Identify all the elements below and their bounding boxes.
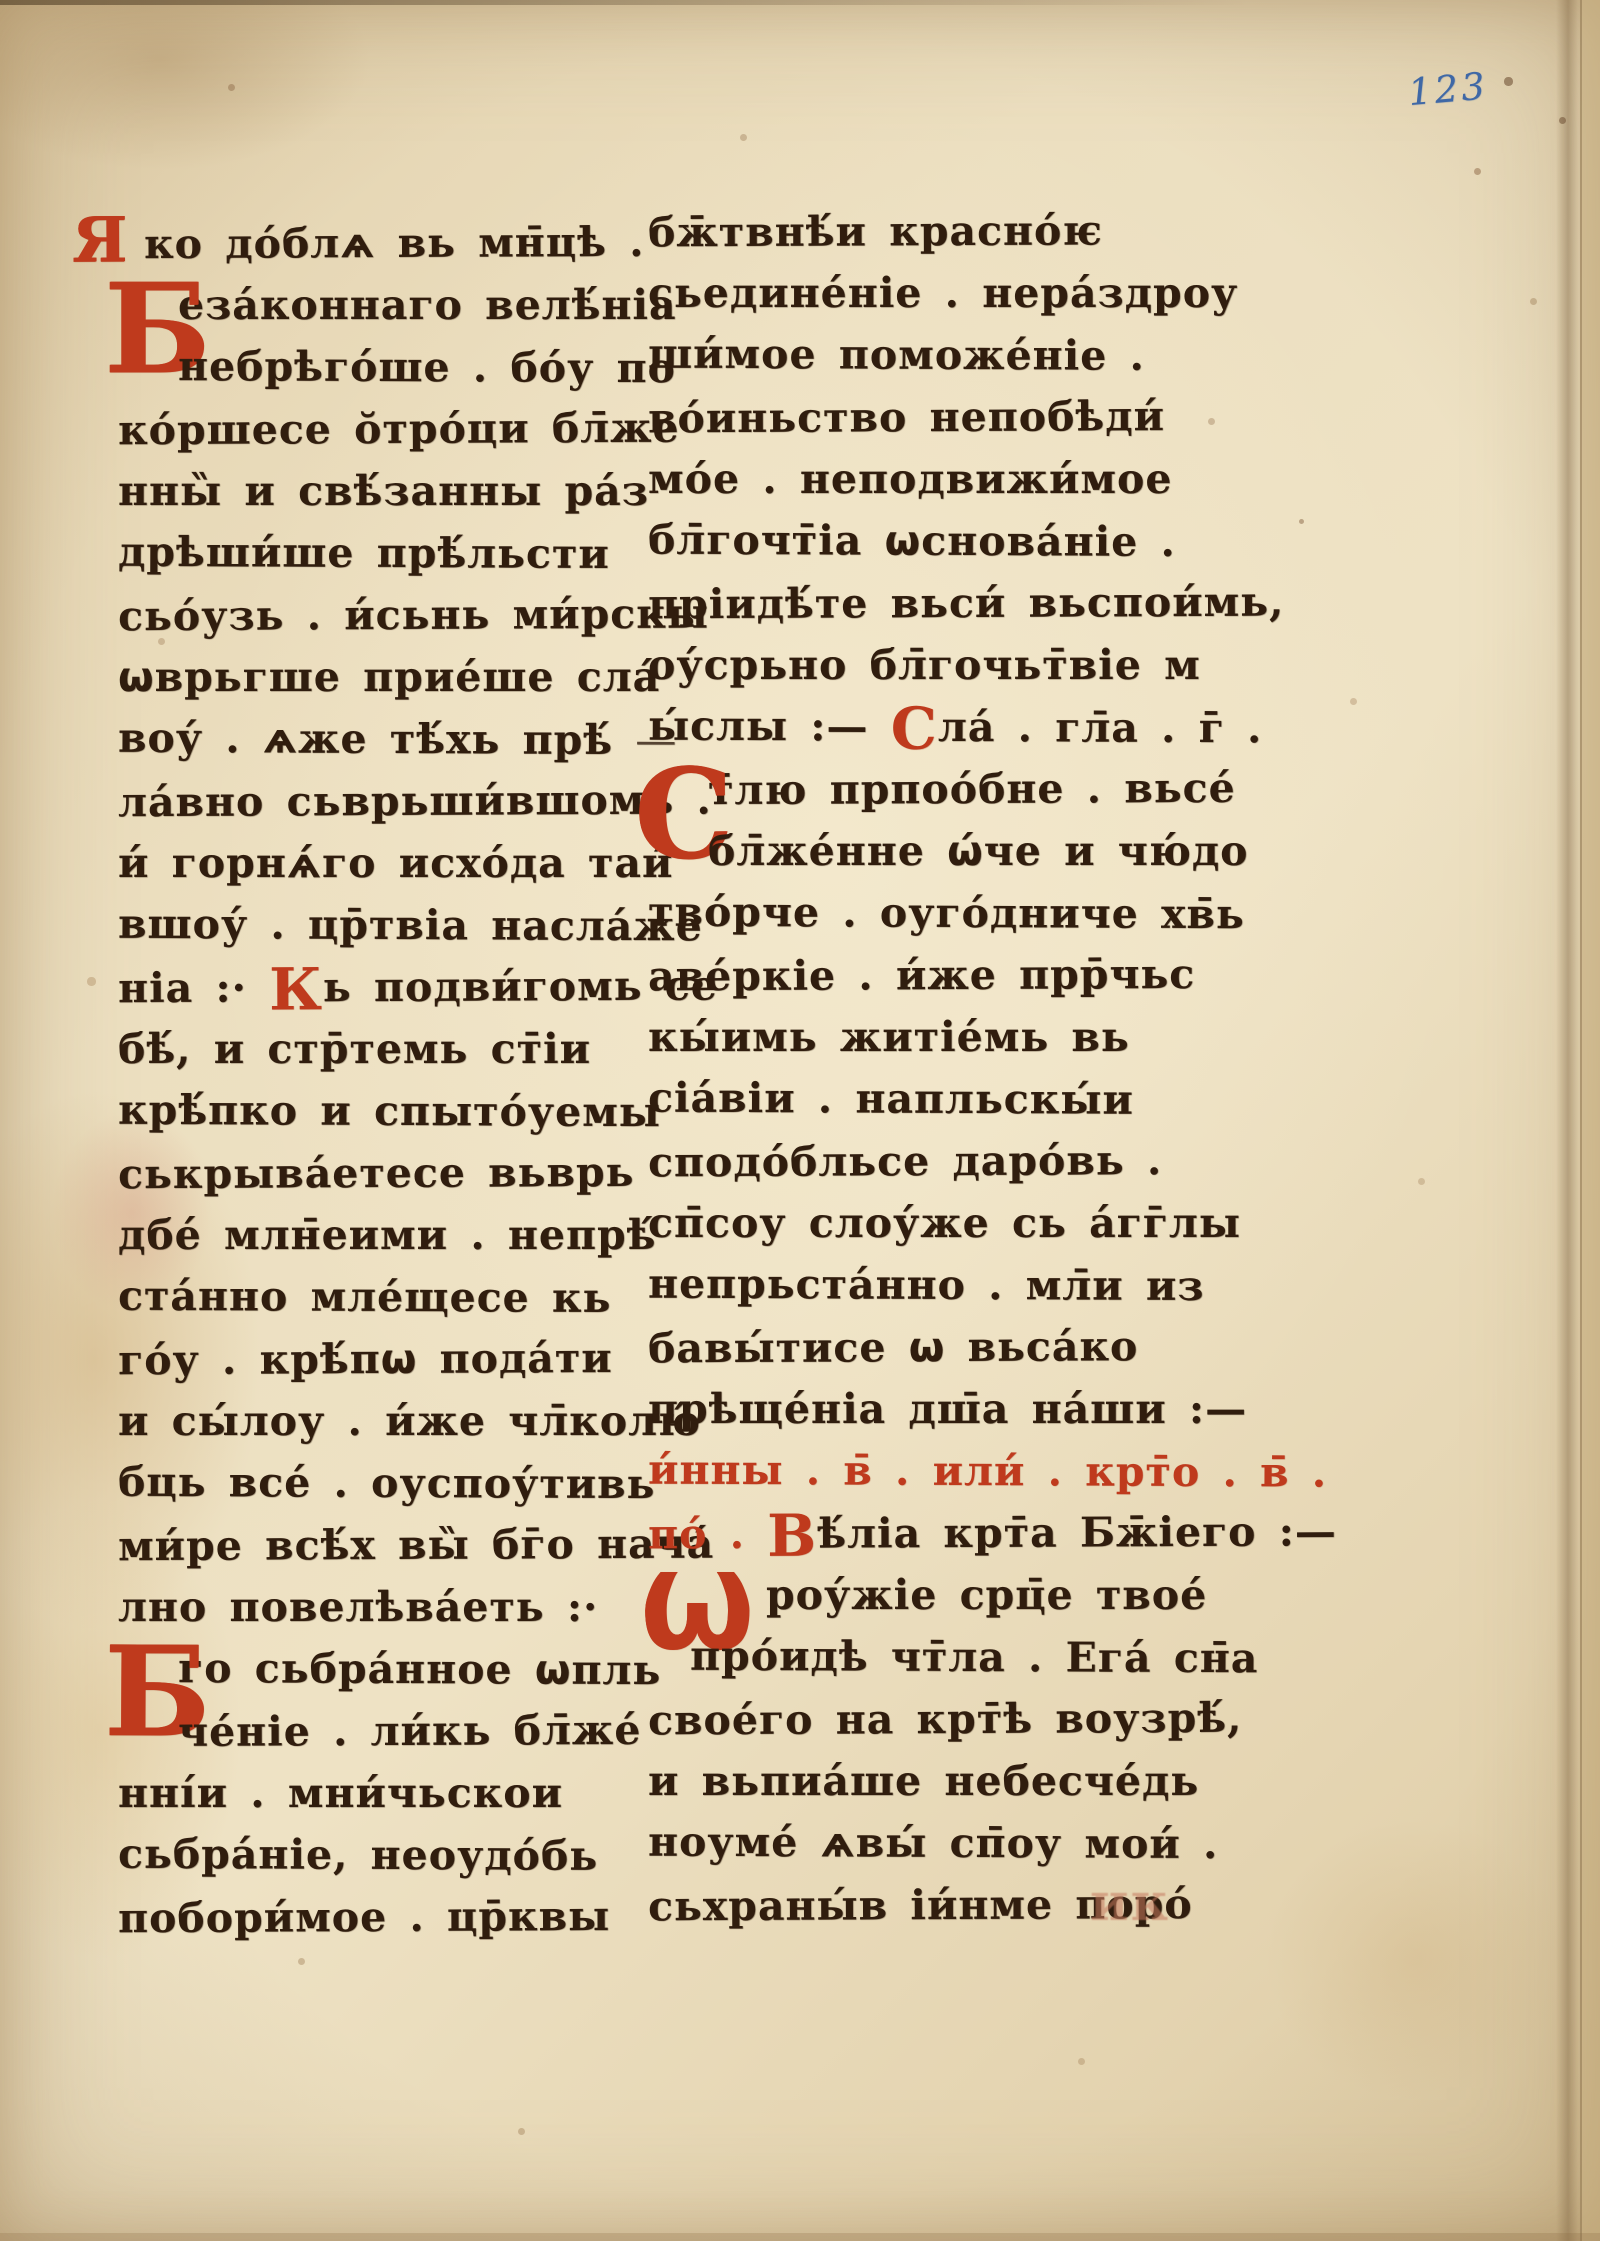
text-line: во́иньство непобѣди́ bbox=[648, 385, 1288, 450]
body-text: ми́ре всѣ́х вы̏ бг̄о нача́ bbox=[118, 1520, 714, 1571]
body-text: прѣще́ніа дш̄а на́ши :— bbox=[648, 1385, 1247, 1433]
body-text: бавы́тисе ѡ вьса́ко bbox=[648, 1322, 1139, 1372]
body-text: оу́срьно бл̄гочьт̄віе м bbox=[648, 641, 1201, 689]
body-text: го́у . крѣ́пѡ пода́ти bbox=[118, 1334, 613, 1384]
body-text: бл̄гочт̄іа ѡснова́ніе . bbox=[648, 516, 1176, 566]
text-line: ськрыва́етесе вьврь bbox=[118, 1141, 666, 1205]
body-text: сіа́віи . напльскы́и bbox=[648, 1074, 1134, 1124]
body-text: небрѣго́ше . бо́у по bbox=[178, 342, 676, 392]
body-text: свое́го на крт̄ѣ воузрѣ́, bbox=[648, 1694, 1242, 1745]
parchment-stain bbox=[0, 0, 370, 170]
body-text: сподо́бльсе даро́вь . bbox=[648, 1136, 1162, 1186]
text-line: про́идѣ чт̄ла . Ега́ сн̄а bbox=[648, 1625, 1288, 1690]
folio-number: 123 bbox=[1406, 61, 1529, 114]
text-line: аве́ркіе . и́же прр̄чьс bbox=[648, 943, 1288, 1008]
text-line: мо́е . неподвижи́мое bbox=[648, 448, 1288, 510]
text-line: и сы́лоу . и́же чл̄колю́ bbox=[118, 1390, 666, 1452]
body-text: во́иньство непобѣди́ bbox=[648, 392, 1165, 442]
text-line: Ѡроу́жіе срц̄е твое́ bbox=[648, 1564, 1288, 1626]
body-text: побори́мое . цр̄квы bbox=[118, 1892, 610, 1942]
body-text: дрѣши́ше прѣ́льсти bbox=[118, 528, 610, 578]
text-line: и вьпиа́ше небесче́дь bbox=[648, 1750, 1288, 1812]
body-text: сьо́узь . и́сьнь ми́рскы bbox=[118, 590, 709, 641]
page-crease bbox=[1556, 0, 1578, 2241]
text-line: крѣ́пко и спыто́уемы bbox=[118, 1079, 666, 1143]
page-edge bbox=[1580, 0, 1600, 2241]
rubric-text: К bbox=[269, 955, 323, 1023]
text-line: ла́вно сьврьши́вшомь . bbox=[118, 769, 666, 833]
body-text: нні́и . мни́чьскои bbox=[118, 1769, 563, 1817]
body-text: и́ горнѧ́го исхо́да таи́ bbox=[118, 839, 673, 887]
text-line: побори́мое . цр̄квы bbox=[118, 1885, 666, 1949]
column-right: бж̄твнѣ́и красно́ѥсьедине́ніе . нера́здр… bbox=[648, 200, 1288, 1936]
text-line: бл̄гочт̄іа ѡснова́ніе . bbox=[648, 509, 1288, 574]
text-line: сьбра́ніе, неоудо́бь bbox=[118, 1823, 666, 1887]
body-text: сьбра́ніе, неоудо́бь bbox=[118, 1830, 598, 1880]
text-line: и́нны . в̄ . или́ . крт̄о . в̄ . bbox=[648, 1439, 1288, 1504]
text-line: ста́нно мле́щесе кь bbox=[118, 1265, 666, 1329]
body-text: и сы́лоу . и́же чл̄колю́ bbox=[118, 1397, 701, 1445]
body-text: ѡврьгше прие́ше сла́ bbox=[118, 653, 660, 701]
body-text: непрьста́нно . мл̄и из bbox=[648, 1260, 1205, 1310]
body-text: ѣ́ліа крт̄а Бж̄іего :— bbox=[817, 1507, 1337, 1557]
body-text: нны̏ и свѣ́занны ра́з bbox=[118, 467, 649, 515]
text-line: го́у . крѣ́пѡ пода́ти bbox=[118, 1327, 666, 1391]
body-text: аве́ркіе . и́же прр̄чьс bbox=[648, 950, 1195, 1000]
body-text: тво́рче . оуго́дниче хв̄ь bbox=[648, 888, 1245, 939]
text-line: оу́срьно бл̄гочьт̄віе м bbox=[648, 634, 1288, 696]
body-text: вшоу́ . цр̄твіа насла́же bbox=[118, 900, 703, 951]
text-line: сьхраны́в іи́нме поро́ bbox=[648, 1873, 1288, 1938]
body-text: т̄лю прпоо́бне . вьсе́ bbox=[708, 764, 1236, 814]
body-text: про́идѣ чт̄ла . Ега́ сн̄а bbox=[690, 1632, 1259, 1682]
text-line: ми́ре всѣ́х вы̏ бг̄о нача́ bbox=[118, 1513, 666, 1577]
body-text: ши́мое поможе́ніе . bbox=[648, 330, 1145, 380]
body-text: ко́ршесе о̆тро́ци бл̄же bbox=[118, 404, 680, 454]
text-line: Ст̄лю прпоо́бне . вьсе́ bbox=[648, 757, 1288, 822]
text-line: бць все́ . оуспоу́тивь bbox=[118, 1451, 666, 1515]
body-text: ла́ . гл̄а . г̄ . bbox=[938, 703, 1263, 752]
text-line: ѡврьгше прие́ше сла́ bbox=[118, 646, 666, 708]
rubric-text: С bbox=[891, 695, 938, 763]
body-text: сп̄соу слоу́же сь а́гг̄лы bbox=[648, 1199, 1241, 1247]
quire-mark: ик bbox=[1090, 1872, 1170, 1933]
body-text: еза́коннаго велѣ́ніа bbox=[178, 281, 677, 329]
page-edge bbox=[0, 0, 1250, 5]
body-text: бл̄же́нне ѡ́че и чю́до bbox=[708, 827, 1249, 875]
text-line: и́ горнѧ́го исхо́да таи́ bbox=[118, 832, 666, 894]
body-text: бць все́ . оуспоу́тивь bbox=[118, 1458, 656, 1508]
text-line: бавы́тисе ѡ вьса́ко bbox=[648, 1315, 1288, 1380]
text-line: дрѣши́ше прѣ́льсти bbox=[118, 521, 666, 585]
text-line: дбе́ млн̄еими . непрѣ́ bbox=[118, 1204, 666, 1266]
text-line: ко́ршесе о̆тро́ци бл̄же bbox=[118, 397, 666, 461]
text-line: небрѣго́ше . бо́у по bbox=[118, 335, 666, 399]
text-line: непрьста́нно . мл̄и из bbox=[648, 1253, 1288, 1318]
body-text: и вьпиа́ше небесче́дь bbox=[648, 1757, 1199, 1805]
text-line: тво́рче . оуго́дниче хв̄ь bbox=[648, 881, 1288, 946]
body-text: пріидѣ́те вьси́ вьспои́мь, bbox=[648, 578, 1285, 629]
body-text: бж̄твнѣ́и красно́ѥ bbox=[648, 206, 1103, 256]
text-line: ы́слы :— Сла́ . гл̄а . г̄ . bbox=[648, 695, 1288, 760]
text-line: сьедине́ніе . нера́здроу bbox=[648, 262, 1288, 324]
body-text: ноуме́ ѧвы́ сп̄оу мои́ . bbox=[648, 1818, 1219, 1868]
parchment-speckles bbox=[0, 0, 3, 3]
text-line: пріидѣ́те вьси́ вьспои́мь, bbox=[648, 571, 1288, 636]
text-line: че́ніе . ли́кь бл̄же́ bbox=[118, 1699, 666, 1763]
text-line: ніа :· Кь подви́гомь се bbox=[118, 955, 666, 1019]
text-line: нны̏ и свѣ́занны ра́з bbox=[118, 460, 666, 522]
text-line: Беза́коннаго велѣ́ніа bbox=[118, 274, 666, 336]
body-text: роу́жіе срц̄е твое́ bbox=[766, 1571, 1207, 1619]
text-line: кы́имь житіе́мь вь bbox=[648, 1006, 1288, 1068]
text-line: бж̄твнѣ́и красно́ѥ bbox=[648, 199, 1288, 264]
text-line: воу́ . ѧже тѣ́хь прѣ́ — bbox=[118, 707, 666, 771]
body-text: сьедине́ніе . нера́здроу bbox=[648, 269, 1238, 317]
body-text: ла́вно сьврьши́вшомь . bbox=[118, 776, 712, 827]
text-line: свое́го на крт̄ѣ воузрѣ́, bbox=[648, 1687, 1288, 1752]
body-text: ськрыва́етесе вьврь bbox=[118, 1148, 635, 1198]
manuscript-page: 123 Яко до́блѧ вь мн̄цѣ .Беза́коннаго ве… bbox=[0, 0, 1600, 2241]
text-line: нні́и . мни́чьскои bbox=[118, 1762, 666, 1824]
body-text: кы́имь житіе́мь вь bbox=[648, 1013, 1130, 1061]
text-line: ши́мое поможе́ніе . bbox=[648, 323, 1288, 388]
body-text: ко до́блѧ вь мн̄цѣ . bbox=[144, 218, 645, 268]
body-text: воу́ . ѧже тѣ́хь прѣ́ bbox=[118, 714, 636, 764]
text-line: сп̄соу слоу́же сь а́гг̄лы bbox=[648, 1192, 1288, 1254]
rubric-text: и́нны . в̄ . или́ . крт̄о . в̄ . bbox=[648, 1446, 1327, 1497]
page-edge bbox=[0, 2233, 1600, 2241]
text-line: сіа́віи . напльскы́и bbox=[648, 1067, 1288, 1132]
text-line: бѣ́, и стр̄темь ст̄іи bbox=[118, 1018, 666, 1080]
text-line: сьо́узь . и́сьнь ми́рскы bbox=[118, 583, 666, 647]
body-text: мо́е . неподвижи́мое bbox=[648, 455, 1172, 503]
text-line: Бго сьбра́нное ѡпль bbox=[118, 1637, 666, 1701]
body-text: че́ніе . ли́кь бл̄же́ bbox=[178, 1706, 642, 1756]
text-line: ноуме́ ѧвы́ сп̄оу мои́ . bbox=[648, 1811, 1288, 1876]
body-text: бѣ́, и стр̄темь ст̄іи bbox=[118, 1025, 591, 1073]
body-text: дбе́ млн̄еими . непрѣ́ bbox=[118, 1211, 657, 1259]
body-text: крѣ́пко и спыто́уемы bbox=[118, 1086, 661, 1136]
body-text: го сьбра́нное ѡпль bbox=[178, 1644, 661, 1694]
text-line: прѣще́ніа дш̄а на́ши :— bbox=[648, 1378, 1288, 1440]
column-left: Яко до́блѧ вь мн̄цѣ .Беза́коннаго велѣ́н… bbox=[118, 212, 666, 1948]
parchment-stain bbox=[1266, 1820, 1566, 2100]
body-text: ста́нно мле́щесе кь bbox=[118, 1272, 612, 1322]
text-line: вшоу́ . цр̄твіа насла́же bbox=[118, 893, 666, 957]
text-line: бл̄же́нне ѡ́че и чю́до bbox=[648, 820, 1288, 882]
body-text: ніа :· bbox=[118, 964, 269, 1013]
text-line: сподо́бльсе даро́вь . bbox=[648, 1129, 1288, 1194]
rubric-text: В bbox=[767, 1502, 817, 1570]
